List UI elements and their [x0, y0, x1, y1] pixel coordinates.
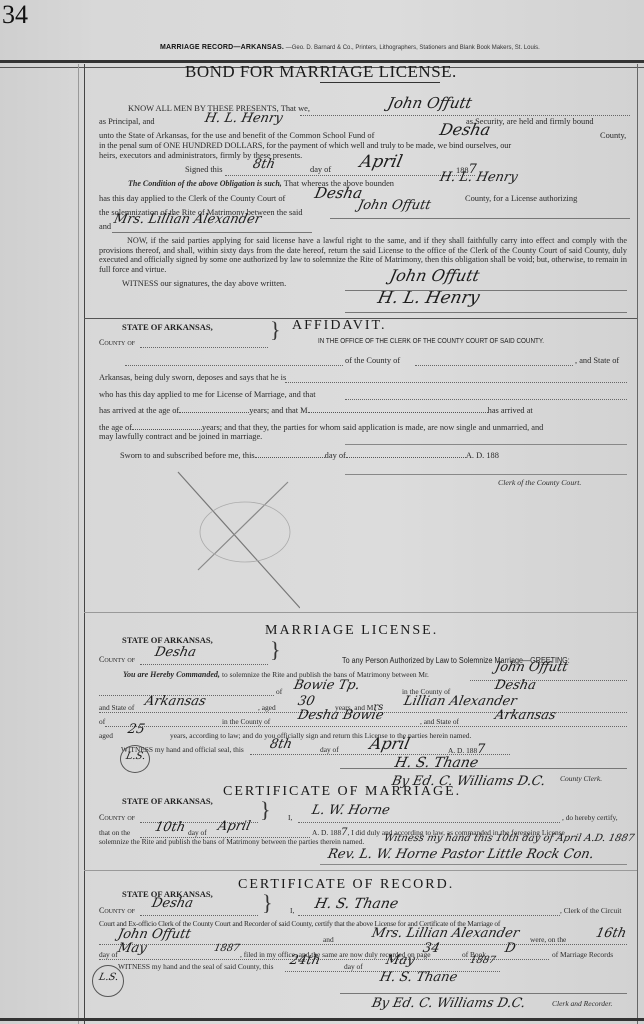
cm-day: 10th	[153, 820, 186, 835]
security-name: H. L. Henry	[203, 111, 284, 126]
cr-filed-month: May	[116, 941, 148, 956]
signature-security: H. L. Henry	[376, 288, 482, 308]
affidavit-clerk: Clerk of the County Court.	[498, 478, 581, 488]
signature-line	[345, 444, 627, 445]
cm-i-label: I,	[288, 813, 292, 823]
brace: }	[270, 640, 281, 660]
aged-text: years, according to law; and do you offi…	[170, 731, 471, 741]
commanded-line: You are Hereby Commanded, to solemnize t…	[123, 670, 429, 680]
groom-state: Arkansas	[143, 694, 207, 709]
cr-county-label: County of	[99, 906, 135, 915]
cm-officiant: L. W. Horne	[310, 803, 391, 818]
fill-line	[140, 346, 268, 348]
cr-filed-day: 16th	[594, 926, 627, 941]
margin-line-left	[78, 64, 79, 1024]
cr-deputy-signature: By Ed. C. Williams D.C.	[370, 996, 526, 1011]
now-paragraph: NOW, if the said parties applying for sa…	[99, 236, 627, 274]
bond-line-4: in the penal sum of ONE HUNDRED DOLLARS,…	[99, 141, 511, 151]
affidavit-l4: has arrived at the age ofyears; and that…	[99, 406, 533, 416]
bond-groom: John Offutt	[356, 198, 432, 213]
signature-line	[340, 993, 627, 994]
bride-state: Arkansas	[493, 708, 557, 723]
cr-clerk: H. S. Thane	[313, 896, 400, 912]
fill-line	[470, 679, 627, 681]
cm-officiant-signature: Rev. L. W. Horne Pastor Little Rock Con.	[326, 847, 595, 862]
affidavit-l1-mid: of the County of	[345, 356, 400, 366]
cr-i-label: I,	[290, 906, 294, 916]
affidavit-state: STATE OF ARKANSAS,	[122, 322, 213, 332]
signature-line	[345, 290, 627, 291]
signed-label: Signed this	[185, 165, 222, 175]
affidavit-l3: who has this day applied to me for Licen…	[99, 390, 316, 400]
license-witness-day: 8th	[268, 737, 293, 752]
groom-residence: Bowie Tp.	[292, 678, 361, 693]
of-label: of	[276, 687, 282, 697]
record-page: 34 MARRIAGE RECORD—ARKANSAS. —Geo. D. Ba…	[0, 0, 644, 1024]
register-title: MARRIAGE RECORD—ARKANSAS.	[160, 44, 284, 51]
cr-were-on: were, on the	[530, 935, 566, 945]
license-county: Desha	[153, 645, 197, 660]
groom-age: 30	[296, 694, 316, 709]
and-label: and	[99, 222, 111, 232]
cr-clerk-signature: H. S. Thane	[378, 970, 458, 985]
cr-witness-a: WITNESS my hand and the seal of said Cou…	[118, 962, 274, 972]
fill-line	[140, 663, 268, 665]
signature-principal: John Offutt	[388, 266, 481, 285]
affidavit-office: IN THE OFFICE OF THE CLERK OF THE COUNTY…	[318, 338, 544, 345]
affidavit-county-label: County of	[99, 338, 135, 347]
cr-filed-year: 1887	[213, 943, 241, 954]
cr-bride: Mrs. Lillian Alexander	[370, 926, 520, 941]
cr-page: 34	[421, 941, 441, 956]
bond-title: BOND FOR MARRIAGE LICENSE.	[185, 62, 457, 82]
fill-line	[125, 364, 343, 366]
cm-certify: , do hereby certify,	[562, 813, 618, 823]
license-seal: L.S.	[120, 745, 150, 773]
applied-line: has this day applied to the Clerk of the…	[99, 194, 285, 204]
cr-clerk-circuit: , Clerk of the Circuit	[560, 906, 621, 916]
cm-month: April	[216, 819, 251, 834]
affidavit-l1-end: , and State of	[575, 356, 619, 366]
license-clerk-title: County Clerk.	[560, 774, 602, 784]
principal-name: John Offutt	[386, 94, 474, 112]
applied-county: Desha	[313, 184, 364, 202]
margin-line	[84, 64, 85, 1024]
cm-witness-note: Witness my hand this 10th day of April A…	[383, 833, 635, 844]
license-groom: John Offutt	[493, 660, 569, 675]
cr-records-label: of Marriage Records	[552, 950, 613, 960]
bond-line-3: unto the State of Arkansas, for the use …	[99, 131, 374, 141]
brace: }	[260, 800, 271, 820]
groom-county: Desha	[493, 678, 537, 693]
fill-line	[298, 914, 560, 916]
cr-clerk-title: Clerk and Recorder.	[552, 999, 612, 1009]
bond-line-2-prefix: as Principal, and	[99, 117, 155, 127]
cm-county-label: County of	[99, 813, 135, 822]
section-divider	[84, 870, 637, 871]
title-underline	[320, 82, 440, 83]
witness-line: WITNESS our signatures, the day above wr…	[122, 279, 286, 289]
fill-line	[140, 914, 258, 916]
brace: }	[262, 893, 273, 913]
signature-line	[345, 312, 627, 313]
section-divider	[84, 612, 637, 613]
cm-state: STATE OF ARKANSAS,	[122, 796, 213, 806]
bride-county: Desha Bowie	[296, 708, 385, 723]
fill-line	[415, 364, 573, 366]
fill-line	[225, 174, 475, 176]
printer-name: —Geo. D. Barnard & Co., Printers, Lithog…	[286, 45, 540, 51]
fill-line	[285, 381, 627, 383]
affidavit-l2: Arkansas, being duly sworn, deposes and …	[99, 373, 286, 383]
bride-aged-label: aged	[99, 731, 113, 741]
cr-groom: John Offutt	[116, 927, 192, 942]
printer-header: MARRIAGE RECORD—ARKANSAS. —Geo. D. Barna…	[160, 44, 540, 51]
fill-line	[298, 821, 560, 823]
fill-line	[105, 725, 627, 727]
signed-day: 8th	[251, 157, 276, 172]
record-seal: L.S.	[92, 965, 124, 997]
affidavit-l6: may lawfully contract and be joined in m…	[99, 432, 262, 442]
page-number: 34	[2, 0, 28, 30]
bond-line-3-suffix: County,	[600, 131, 626, 141]
fill-line	[345, 398, 627, 400]
signed-month: April	[358, 152, 404, 172]
brace: }	[270, 320, 281, 340]
cr-county: Desha	[150, 896, 194, 911]
certificate-marriage-title: CERTIFICATE OF MARRIAGE.	[223, 784, 461, 800]
cross-out-mark	[160, 460, 300, 610]
cr-witness-month: May	[384, 953, 416, 968]
license-witness-month: April	[368, 734, 412, 753]
license-title: MARRIAGE LICENSE.	[265, 623, 438, 639]
fill-line	[330, 218, 630, 219]
fill-line	[112, 232, 312, 233]
fill-line	[300, 114, 630, 116]
affidavit-title: AFFIDAVIT.	[292, 318, 387, 334]
bottom-rule	[0, 1018, 644, 1021]
cr-witness-year: 1887	[469, 955, 497, 966]
bond-bride: Mrs. Lillian Alexander	[112, 212, 262, 227]
signature-line	[340, 768, 627, 769]
license-county-label: County of	[99, 655, 135, 664]
license-state: STATE OF ARKANSAS,	[122, 635, 213, 645]
cm-text2: solemnize the Rite and publish the bans …	[99, 837, 364, 847]
applied-suffix: County, for a License authorizing	[465, 194, 577, 204]
bounden-name: H. L. Henry	[438, 170, 519, 185]
bond-county: Desha	[438, 120, 492, 139]
license-bride: Lillian Alexander	[402, 694, 518, 709]
bride-age: 25	[126, 722, 146, 737]
margin-line-right	[637, 64, 638, 1024]
cr-book: D	[503, 941, 517, 956]
signature-line	[345, 474, 627, 475]
signature-line	[320, 864, 627, 865]
cr-witness-day: 24th	[288, 953, 321, 968]
